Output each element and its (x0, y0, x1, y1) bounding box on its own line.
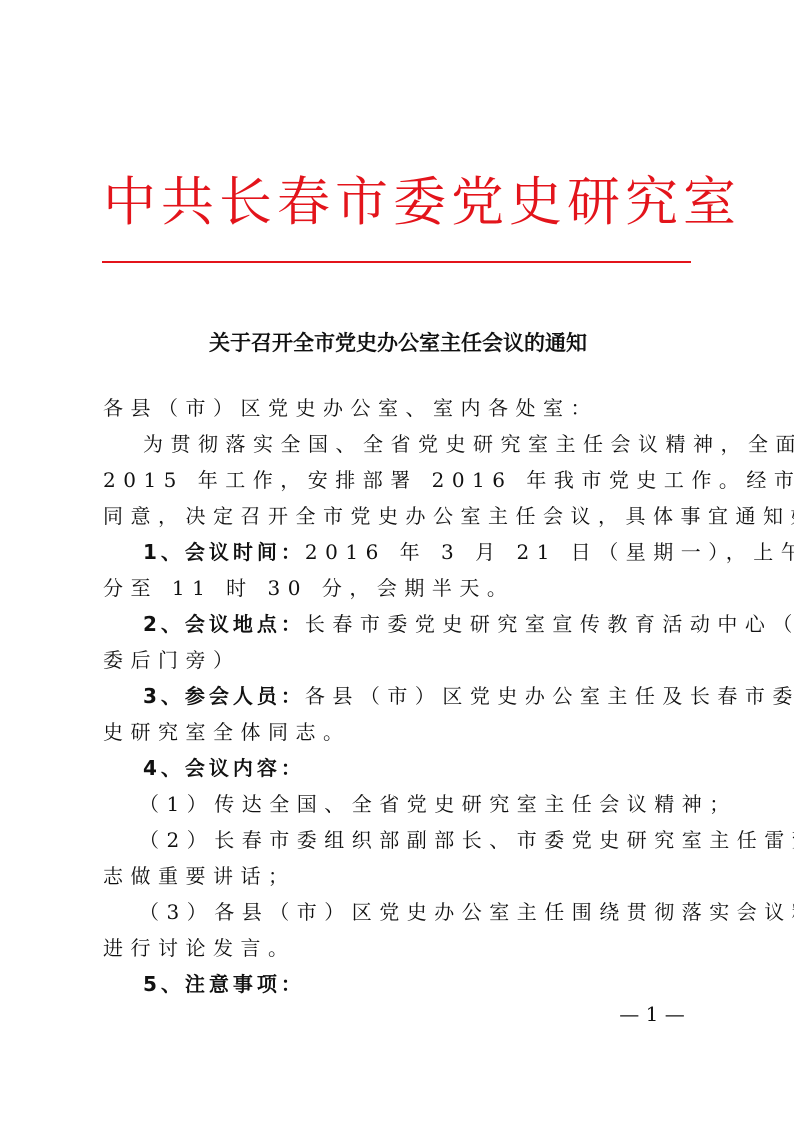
item-attendees: 3、参会人员：各县（市）区党史办公室主任及长春市委党 (103, 678, 693, 714)
item-continuation: 史研究室全体同志。 (103, 714, 693, 750)
item-text: 各县（市）区党史办公室主任及长春市委党 (305, 684, 794, 708)
notice-title: 关于召开全市党史办公室主任会议的通知 (103, 328, 693, 358)
item-text: 2016 年 3 月 21 日（星期一），上午 9 时 30 (305, 540, 794, 564)
content-point-continuation: 进行讨论发言。 (103, 930, 693, 966)
content-point: （2）长春市委组织部副部长、市委党史研究室主任雷萦同 (103, 822, 693, 858)
item-continuation: 委后门旁） (103, 642, 693, 678)
content-point-continuation: 志做重要讲话； (103, 858, 693, 894)
item-notes: 5、注意事项： (103, 966, 693, 1002)
item-label: 3、参会人员： (143, 684, 305, 708)
item-label: 2、会议地点： (143, 612, 305, 636)
organization-header: 中共长春市委党史研究室 (103, 170, 693, 236)
item-label: 5、注意事项： (143, 972, 305, 996)
item-meeting-location: 2、会议地点：长春市委党史研究室宣传教育活动中心（市 (103, 606, 693, 642)
content-point: （3）各县（市）区党史办公室主任围绕贯彻落实会议精神 (103, 894, 693, 930)
content-point: （1）传达全国、全省党史研究室主任会议精神； (103, 786, 693, 822)
page-number: — 1 — (612, 1000, 692, 1028)
red-divider-line (102, 261, 691, 263)
intro-line: 同意，决定召开全市党史办公室主任会议，具体事宜通知如下： (103, 498, 693, 534)
item-label: 4、会议内容： (143, 756, 305, 780)
addressee-line: 各县（市）区党史办公室、室内各处室： (103, 390, 693, 426)
item-meeting-content: 4、会议内容： (103, 750, 693, 786)
intro-line: 为贯彻落实全国、全省党史研究室主任会议精神，全面总结 (103, 426, 693, 462)
document-page: 中共长春市委党史研究室 关于召开全市党史办公室主任会议的通知 各县（市）区党史办… (0, 0, 794, 1123)
item-continuation: 分至 11 时 30 分，会期半天。 (103, 570, 693, 606)
item-label: 1、会议时间： (143, 540, 305, 564)
intro-line: 2015 年工作，安排部署 2016 年我市党史工作。经市委分管领导 (103, 462, 693, 498)
notice-body: 各县（市）区党史办公室、室内各处室： 为贯彻落实全国、全省党史研究室主任会议精神… (103, 390, 693, 1002)
item-text: 长春市委党史研究室宣传教育活动中心（市 (305, 612, 794, 636)
item-meeting-time: 1、会议时间：2016 年 3 月 21 日（星期一），上午 9 时 30 (103, 534, 693, 570)
